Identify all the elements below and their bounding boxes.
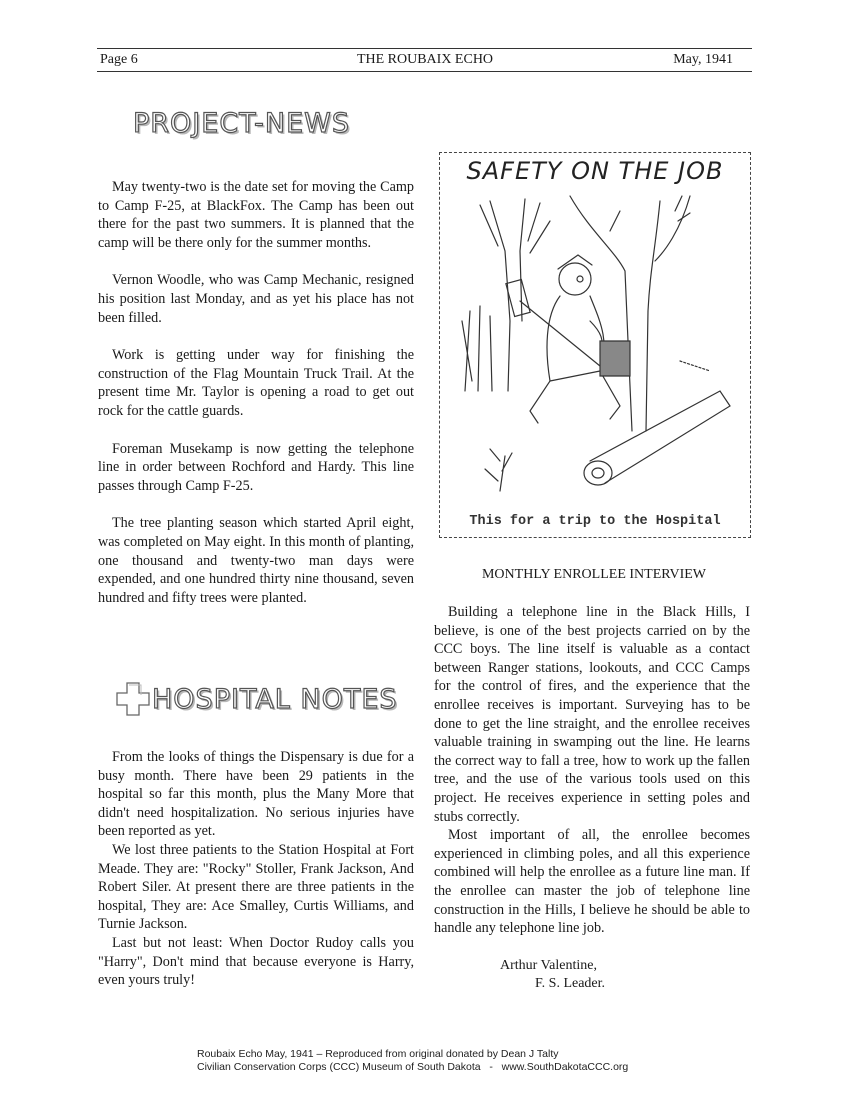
footer-museum: Civilian Conservation Corps (CCC) Museum… bbox=[197, 1061, 628, 1074]
header-bottom-rule bbox=[97, 71, 752, 72]
hospital-notes-body: From the looks of things the Dispensary … bbox=[98, 748, 414, 990]
project-news-paragraph: Foreman Musekamp is now getting the tele… bbox=[98, 440, 414, 496]
safety-cartoon: SAFETY ON THE JOB bbox=[439, 152, 751, 538]
cartoon-caption: This for a trip to the Hospital bbox=[440, 514, 750, 529]
cross-icon bbox=[115, 681, 151, 717]
hospital-notes-paragraph: Last but not least: When Doctor Rudoy ca… bbox=[98, 934, 414, 990]
hospital-notes-paragraph: From the looks of things the Dispensary … bbox=[98, 748, 414, 841]
signature-name: Arthur Valentine, bbox=[500, 956, 597, 975]
hospital-notes-paragraph: We lost three patients to the Station Ho… bbox=[98, 841, 414, 934]
issue-date: May, 1941 bbox=[673, 52, 733, 68]
project-news-body: May twenty-two is the date set for movin… bbox=[98, 178, 414, 607]
page-footer: Roubaix Echo May, 1941 – Reproduced from… bbox=[197, 1048, 628, 1074]
project-news-paragraph: Vernon Woodle, who was Camp Mechanic, re… bbox=[98, 271, 414, 327]
cartoon-title: SAFETY ON THE JOB bbox=[440, 157, 750, 185]
signature-title: F. S. Leader. bbox=[535, 974, 605, 993]
project-news-paragraph: Work is getting under way for finishing … bbox=[98, 346, 414, 420]
interview-paragraph: Most important of all, the enrollee beco… bbox=[434, 826, 750, 938]
hospital-notes-heading: HOSPITAL NOTES bbox=[152, 684, 398, 715]
lumberjack-illustration-icon bbox=[450, 191, 740, 509]
interview-paragraph: Building a telephone line in the Black H… bbox=[434, 603, 750, 826]
project-news-paragraph: May twenty-two is the date set for movin… bbox=[98, 178, 414, 252]
header-top-rule bbox=[97, 48, 752, 49]
project-news-heading: PROJECT-NEWS bbox=[133, 108, 350, 139]
interview-body: Building a telephone line in the Black H… bbox=[434, 603, 750, 938]
project-news-paragraph: The tree planting season which started A… bbox=[98, 514, 414, 607]
interview-heading: MONTHLY ENROLLEE INTERVIEW bbox=[436, 567, 752, 583]
footer-credit: Roubaix Echo May, 1941 – Reproduced from… bbox=[197, 1048, 628, 1061]
